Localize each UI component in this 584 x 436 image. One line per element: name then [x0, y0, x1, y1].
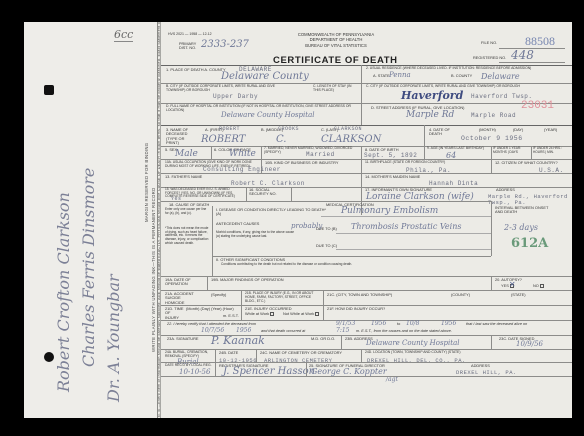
injury-time-cols: (Month) (Day) (Year) (Hour) — [186, 307, 234, 311]
divider — [306, 362, 307, 376]
deceased-first-name: ROBERT — [201, 134, 245, 145]
margin-handwriting-3: Dr. A. Youngbar — [104, 274, 123, 402]
not-while-at-work-label: Not While at Work — [283, 311, 314, 316]
divider — [424, 146, 425, 159]
cert-text-3: and that death occurred at — [261, 329, 305, 333]
injury-place-label: 21b. PLACE OF INJURY (e.g., in or about … — [245, 292, 320, 303]
injury-est: m. E.S.T. — [223, 314, 239, 318]
first-typed: ROBERT — [219, 126, 240, 132]
autopsy-yes: YES ✕ — [501, 284, 514, 289]
age-label: 9. AGE (In years last birthday) — [427, 147, 487, 151]
last-seen-date: 10/7/56 — [201, 327, 224, 334]
margin-reserved-note: MARGIN RESERVED FOR BINDING — [144, 143, 149, 222]
divider — [211, 146, 212, 159]
divider — [321, 216, 491, 217]
margin-handwriting-2: Charles Ferris Dinsmore — [79, 168, 98, 367]
city-of-death: Upper Darby — [213, 93, 258, 100]
antecedent-label: ANTECEDENT CAUSES — [216, 222, 259, 226]
registered-no-value: 448 — [511, 48, 534, 62]
divider — [491, 146, 492, 159]
punch-hole — [44, 352, 54, 362]
punch-hole — [44, 85, 54, 95]
due-to-b-label: DUE TO (b) — [316, 227, 337, 231]
age-under-24-label: If under 24 hrs.: Hours | Min. — [533, 147, 569, 154]
physician-address: Delaware County Hospital — [366, 339, 459, 347]
permanent-record-note: WRITE PLAINLY WITH UNFADING INK—THIS IS … — [151, 188, 156, 352]
autopsy-yes-checkbox[interactable]: ✕ — [510, 284, 514, 288]
divider — [161, 290, 572, 291]
injury-time-label: 21d. TIME OF INJURY — [165, 307, 185, 320]
physician-signature: P. Kaanak — [211, 334, 265, 347]
specify-label: (Specify) — [211, 293, 226, 297]
funeral-address-label: ADDRESS — [471, 364, 490, 368]
certificate-form: HVS 2021 — 1958 — 12-12 Primary Dist. No… — [161, 22, 572, 418]
divider — [246, 187, 247, 201]
funeral-address: DREXEL HILL, PA. — [456, 369, 517, 376]
residence-state: Penna — [389, 71, 411, 79]
divider — [361, 146, 362, 159]
injury-county-label: (COUNTY) — [451, 293, 470, 297]
ssn-label: 16. SOCIAL SECURITY NO. — [249, 188, 289, 197]
age-under-1-label: If under 1 year: Months | Days — [493, 147, 529, 154]
md-label: M.D. or D.O. — [311, 337, 335, 341]
red-stamp-number: 23031 — [521, 100, 554, 112]
burial-date-label: 24b. DATE — [219, 351, 238, 355]
divider — [336, 249, 491, 250]
date-signed: 10/9/56 — [516, 340, 543, 348]
funeral-director-agent: /agt — [386, 376, 398, 383]
autopsy-yes-label: YES — [501, 283, 509, 288]
cause-note: *This does not mean the mode of dying, s… — [165, 227, 210, 245]
cert-text-4: m. E.S.T., from the causes and on the da… — [356, 329, 452, 333]
divider — [361, 65, 362, 125]
deceased-middle-name: C. — [276, 134, 286, 145]
file-no-value: 88508 — [525, 34, 555, 49]
burial-location-label: 24d. LOCATION (Town, township and county… — [365, 351, 460, 355]
injury-city-label: 21c. (CITY, TOWN AND TOWNSHIP) — [327, 293, 392, 297]
mother-value: Hannah Dinta — [429, 180, 478, 187]
date-received: 10-10-56 — [179, 368, 210, 376]
margin-handwriting-1: Robert Crofton Clarkson — [54, 192, 73, 392]
margin-rule — [157, 22, 158, 418]
county-of-death: Delaware County — [221, 71, 309, 82]
day-label: (Day) — [513, 128, 523, 132]
divider — [161, 320, 572, 321]
injury-how-label: 21f. HOW DID INJURY OCCUR? — [327, 307, 385, 311]
year-label: (Year) — [544, 128, 557, 132]
while-at-work: While at Work — [245, 312, 274, 317]
while-at-work-checkbox[interactable] — [270, 312, 274, 316]
occupation-value: Consulting Engineer — [203, 166, 281, 173]
residence-city-label: c. CITY (If outside corporate limits, wr… — [366, 85, 566, 89]
divider — [491, 159, 492, 173]
mother-label: 14. MOTHER'S MAIDEN NAME — [365, 175, 420, 179]
divider — [215, 362, 216, 376]
injury-state-label: (STATE) — [511, 293, 526, 297]
informant-address-label: ADDRESS — [496, 188, 515, 192]
not-while-at-work-checkbox[interactable] — [315, 312, 319, 316]
interval-label: INTERVAL BETWEEN ONSET AND DEATH — [495, 206, 555, 215]
attended-from-year: 1956 — [371, 320, 386, 327]
autopsy-no: NO — [533, 284, 544, 289]
father-label: 13. FATHER'S NAME — [165, 175, 202, 179]
length-of-stay-label: c. LENGTH OF STAY (In this place) — [313, 85, 359, 93]
father-value: Robert C. Clarkson — [231, 180, 305, 187]
file-no-label: File No. — [481, 41, 497, 45]
agency-line: BUREAU OF VITAL STATISTICS — [281, 43, 391, 48]
antecedent-sub: Morbid conditions, if any, giving rise t… — [216, 231, 296, 238]
agency-heading: COMMONWEALTH OF PENNSYLVANIA DEPARTMENT … — [281, 32, 391, 48]
cemetery-label: 24c. NAME OF CEMETERY OR CREMATORY — [260, 351, 342, 355]
divider — [256, 349, 257, 362]
autopsy-no-checkbox[interactable] — [540, 284, 544, 288]
not-while-at-work: Not While at Work — [283, 312, 319, 317]
residence-county: Delaware — [481, 72, 520, 81]
state-label: a. STATE — [373, 74, 390, 78]
autopsy-no-label: NO — [533, 283, 539, 288]
institution-value: Delaware County Hospital — [221, 111, 314, 119]
divider — [491, 201, 492, 256]
divider — [212, 206, 213, 276]
birthplace-label: 11. BIRTHPLACE (State or foreign country… — [365, 161, 490, 165]
check-mark-icon: ✕ — [509, 280, 516, 289]
citizen-label: 12. CITIZEN OF WHAT COUNTRY? — [495, 161, 565, 165]
residence-street: Marple Rd — [406, 110, 454, 120]
attended-from: 9/1/53 — [336, 320, 355, 327]
cert-text-1: 22. I hereby certify that I attended the… — [167, 322, 256, 326]
attended-to-year: 1956 — [441, 320, 456, 327]
injury-type-label: 21a. ACCIDENT SUICIDE HOMICIDE — [165, 292, 195, 305]
to-label: to — [397, 322, 400, 326]
sex-value: Male — [175, 149, 198, 159]
due-to-c-label: DUE TO (c) — [316, 244, 337, 248]
dob-value: Sept. 5, 1892 — [364, 152, 417, 159]
divider — [261, 146, 262, 159]
physician-signature-label: 23a. SIGNATURE — [167, 337, 199, 341]
last-seen-year: 1956 — [236, 327, 251, 334]
cause-instructions: Enter only one cause per line for (a), (… — [165, 208, 210, 215]
part2-sub: Conditions contributing to the death but… — [221, 263, 401, 267]
primary-cause: Pulmonary Embolism — [341, 206, 438, 216]
place-of-death-label: 1. PLACE OF DEATH a. COUNTY — [166, 68, 226, 72]
name-label: 3. NAME OF DECEASED (Type or Print) — [166, 128, 198, 146]
last-typed: CLARKSON — [334, 126, 362, 132]
date-of-death: October 9 1956 — [461, 135, 523, 142]
divider — [291, 187, 292, 201]
primary-dist-label: Primary Dist. No. — [179, 42, 199, 51]
residence-street-typed: Marple Road — [471, 112, 516, 119]
middle-typed: CROOKS — [278, 126, 299, 132]
divider — [499, 62, 565, 63]
part1-label: I. DISEASE OR CONDITION DIRECTLY LEADING… — [216, 208, 326, 217]
divider — [336, 233, 491, 234]
margin-note: 6cc — [114, 28, 133, 42]
time-of-death: 7:15 — [336, 327, 349, 334]
while-at-work-label: While at Work — [245, 311, 269, 316]
divider — [424, 125, 425, 146]
attended-to: 10/8 — [406, 320, 419, 327]
divider — [207, 276, 208, 290]
divider — [491, 276, 492, 290]
deceased-last-name: CLARKSON — [321, 134, 381, 145]
divider — [215, 349, 216, 362]
date-of-death-label: 4. DATE OF DEATH — [429, 128, 453, 137]
funeral-director-signature: George C. Koppter — [311, 367, 387, 376]
divider — [491, 335, 492, 349]
due-to-b-value: Thrombosis Prostatic Veins — [351, 222, 461, 231]
registered-no-label: Registered No. — [473, 56, 506, 60]
marital-value: Married — [306, 151, 335, 158]
month-label: (Month) — [479, 128, 496, 132]
divider — [161, 376, 572, 377]
county-label: b. COUNTY — [451, 74, 472, 78]
divider — [361, 349, 362, 362]
business-label: 10b. KIND OF BUSINESS OR INDUSTRY — [265, 161, 360, 165]
residence-city: Haverford — [401, 89, 463, 102]
cause-code-stamp: 612A — [511, 236, 548, 251]
divider — [531, 146, 532, 159]
op-findings-label: 19b. MAJOR FINDINGS OF OPERATION — [211, 278, 284, 282]
residence-city-typed: Haverford Twsp. — [471, 93, 533, 100]
cert-text-2: that I last saw the deceased alive on — [466, 322, 527, 326]
form-code: HVS 2021 — 1958 — 12-12 — [168, 32, 212, 36]
primary-dist-value: 2333-237 — [201, 39, 249, 50]
death-certificate: 6cc MARGIN RESERVED FOR BINDING WRITE PL… — [24, 22, 572, 418]
op-date-label: 19a. DATE OF OPERATION — [165, 278, 205, 287]
interval-value: 2-3 days — [504, 223, 538, 232]
city-of-death-label: b. CITY (If outside corporate limits, wr… — [166, 85, 276, 93]
race-value: White — [229, 149, 256, 159]
divider — [341, 335, 342, 349]
